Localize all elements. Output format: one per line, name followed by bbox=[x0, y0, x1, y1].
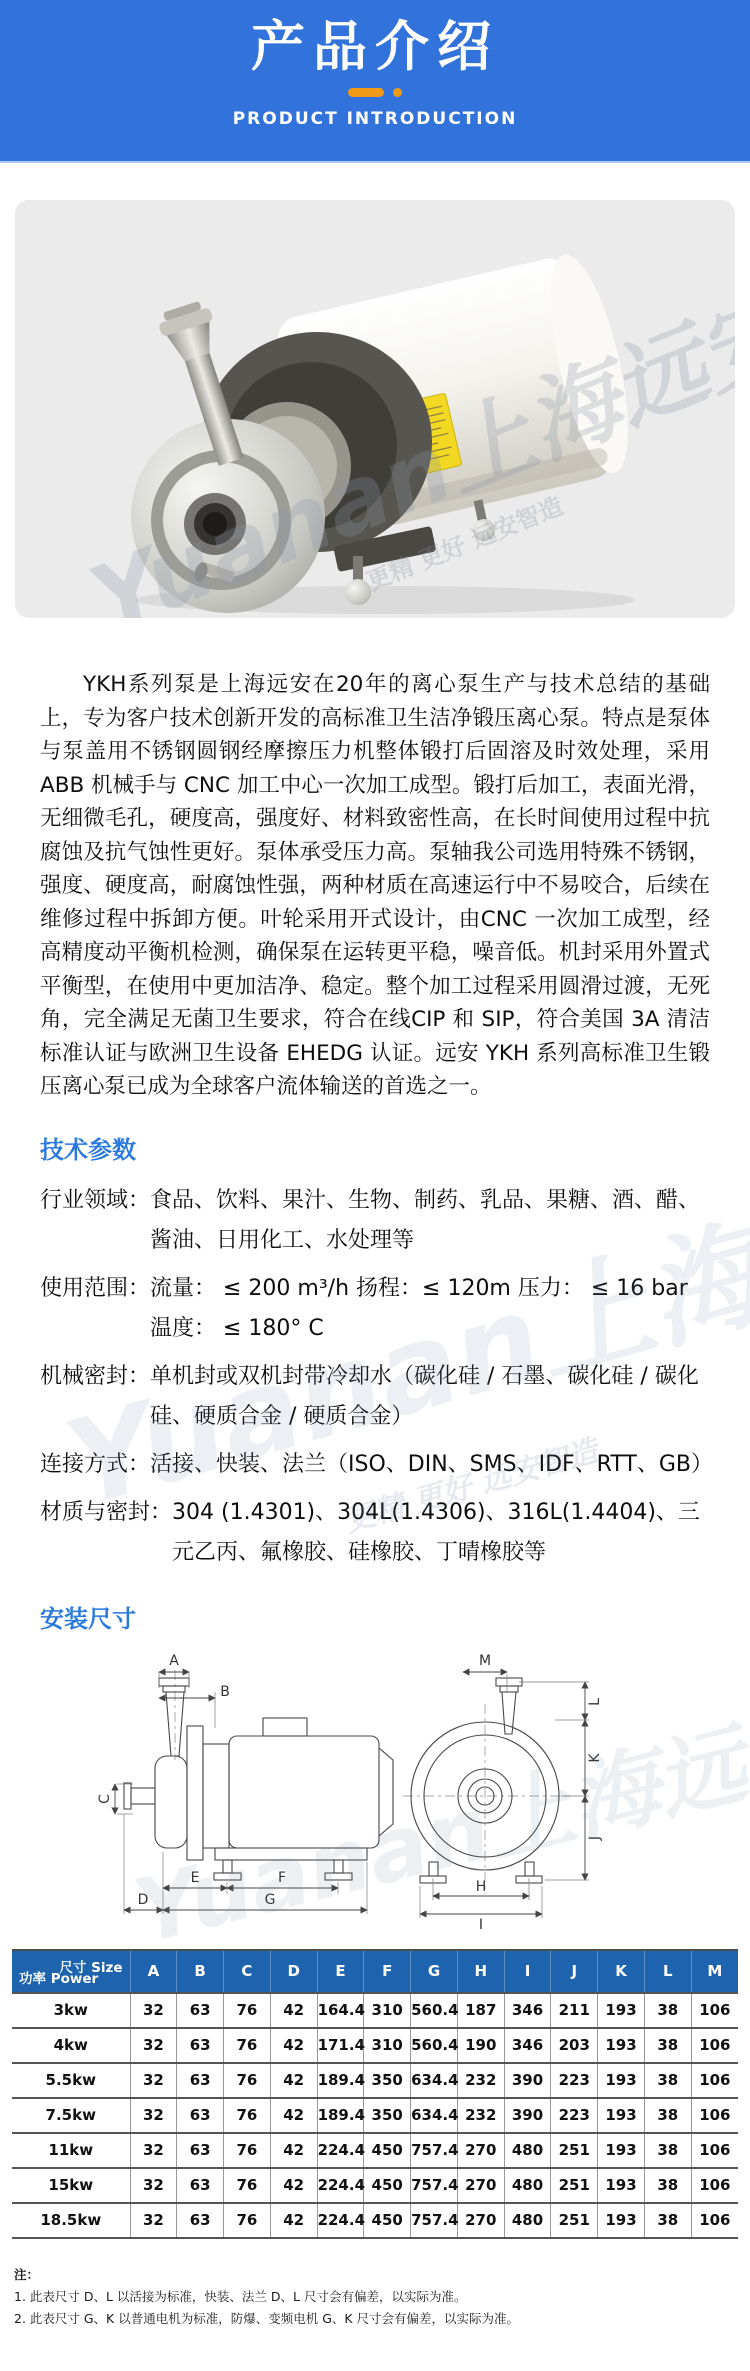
page: 产品介绍 PRODUCT INTRODUCTION bbox=[0, 0, 750, 2371]
dimension-value-cell: 42 bbox=[270, 2028, 317, 2063]
dimension-value-cell: 63 bbox=[177, 2133, 224, 2168]
dimension-value-cell: 76 bbox=[224, 2168, 271, 2203]
dimension-table: 尺寸 Size 功率 Power A B C D E F G H I J K L… bbox=[12, 1949, 738, 2239]
param-label: 使用范围： bbox=[40, 1269, 150, 1349]
dimension-value-cell: 76 bbox=[224, 1993, 271, 2028]
dimension-value-cell: 560.4 bbox=[411, 2028, 458, 2063]
table-row: 4kw32637642171.4310560.41903462031933810… bbox=[12, 2028, 738, 2063]
dimension-value-cell: 164.4 bbox=[317, 1993, 364, 2028]
dimension-value-cell: 193 bbox=[598, 2098, 645, 2133]
dimension-value-cell: 251 bbox=[551, 2168, 598, 2203]
dimension-value-cell: 193 bbox=[598, 2203, 645, 2238]
dimension-value-cell: 32 bbox=[130, 2133, 177, 2168]
dim-label-e: E bbox=[191, 1870, 200, 1886]
dimension-value-cell: 634.4 bbox=[411, 2063, 458, 2098]
table-row: 7.5kw32637642189.4350634.423239022319338… bbox=[12, 2098, 738, 2133]
dim-label-h: H bbox=[476, 1879, 487, 1895]
column-header-g: G bbox=[411, 1950, 458, 1993]
dimension-value-cell: 32 bbox=[130, 2203, 177, 2238]
corner-power-label: 功率 Power bbox=[19, 1967, 98, 1987]
intro-paragraph: YKH系列泵是上海远安在20年的离心泵生产与技术总结的基础上，专为客户技术创新开… bbox=[40, 668, 710, 1104]
dimension-value-cell: 106 bbox=[691, 2098, 738, 2133]
dimension-value-cell: 42 bbox=[270, 2098, 317, 2133]
dimension-value-cell: 42 bbox=[270, 2133, 317, 2168]
dim-label-k: K bbox=[587, 1752, 603, 1762]
dimension-value-cell: 560.4 bbox=[411, 1993, 458, 2028]
dim-label-f: F bbox=[278, 1870, 286, 1886]
dimension-value-cell: 106 bbox=[691, 2063, 738, 2098]
dimension-value-cell: 42 bbox=[270, 2168, 317, 2203]
param-value: 单机封或双机封带冷却水（碳化硅 / 石墨、碳化硅 / 碳化硅、硬质合金 / 硬质… bbox=[150, 1357, 710, 1437]
table-row: 3kw32637642164.4310560.41873462111933810… bbox=[12, 1993, 738, 2028]
dimension-value-cell: 106 bbox=[691, 2203, 738, 2238]
dimension-value-cell: 38 bbox=[644, 2028, 691, 2063]
dimension-value-cell: 63 bbox=[177, 2063, 224, 2098]
dimension-value-cell: 634.4 bbox=[411, 2098, 458, 2133]
dimension-drawing: Yuanan上海远安 bbox=[55, 1648, 695, 1933]
param-row-range: 使用范围： 流量： ≤ 200 m³/h 扬程：≤ 120m 压力： ≤ 16 … bbox=[40, 1269, 710, 1349]
table-header-row: 尺寸 Size 功率 Power A B C D E F G H I J K L… bbox=[12, 1950, 738, 1993]
dimension-value-cell: 193 bbox=[598, 2028, 645, 2063]
dimension-value-cell: 106 bbox=[691, 2028, 738, 2063]
dimension-value-cell: 76 bbox=[224, 2133, 271, 2168]
dimension-value-cell: 38 bbox=[644, 2063, 691, 2098]
param-value: 食品、饮料、果汁、生物、制药、乳品、果糖、酒、醋、酱油、日用化工、水处理等 bbox=[150, 1181, 710, 1261]
power-cell: 5.5kw bbox=[12, 2063, 130, 2098]
install-heading: 安装尺寸 bbox=[40, 1599, 710, 1634]
dimension-value-cell: 63 bbox=[177, 2028, 224, 2063]
dimension-value-cell: 350 bbox=[364, 2098, 411, 2133]
dimension-value-cell: 223 bbox=[551, 2063, 598, 2098]
divider-dot-icon bbox=[393, 88, 402, 97]
title-divider bbox=[0, 86, 750, 98]
dimension-value-cell: 32 bbox=[130, 1993, 177, 2028]
dimension-value-cell: 757.4 bbox=[411, 2203, 458, 2238]
column-header-h: H bbox=[457, 1950, 504, 1993]
note-item: 1. 此表尺寸 D、L 以活接为标准，快装、法兰 D、L 尺寸会有偏差，以实际为… bbox=[14, 2286, 736, 2309]
dimension-value-cell: 38 bbox=[644, 1993, 691, 2028]
column-header-l: L bbox=[644, 1950, 691, 1993]
dimension-value-cell: 450 bbox=[364, 2168, 411, 2203]
dimension-value-cell: 390 bbox=[504, 2098, 551, 2133]
power-cell: 7.5kw bbox=[12, 2098, 130, 2133]
dimension-value-cell: 310 bbox=[364, 1993, 411, 2028]
dimension-value-cell: 224.4 bbox=[317, 2168, 364, 2203]
dimension-value-cell: 38 bbox=[644, 2133, 691, 2168]
column-header-c: C bbox=[224, 1950, 271, 1993]
table-row: 15kw32637642224.4450757.4270480251193381… bbox=[12, 2168, 738, 2203]
page-subtitle: PRODUCT INTRODUCTION bbox=[0, 109, 750, 129]
dimension-value-cell: 106 bbox=[691, 1993, 738, 2028]
param-label: 行业领域： bbox=[40, 1181, 150, 1261]
notes: 注： 1. 此表尺寸 D、L 以活接为标准，快装、法兰 D、L 尺寸会有偏差，以… bbox=[14, 2265, 736, 2331]
dimension-value-cell: 38 bbox=[644, 2168, 691, 2203]
column-header-a: A bbox=[130, 1950, 177, 1993]
dimension-value-cell: 190 bbox=[457, 2028, 504, 2063]
dimension-table-body: 3kw32637642164.4310560.41873462111933810… bbox=[12, 1993, 738, 2238]
param-value: 活接、快装、法兰（ISO、DIN、SMS、IDF、RTT、GB） bbox=[150, 1445, 710, 1485]
dimension-value-cell: 232 bbox=[457, 2063, 504, 2098]
param-row-material: 材质与密封： 304 (1.4301)、304L(1.4306)、316L(1.… bbox=[40, 1493, 710, 1573]
dimension-value-cell: 171.4 bbox=[317, 2028, 364, 2063]
dimension-value-cell: 189.4 bbox=[317, 2098, 364, 2133]
dimension-value-cell: 251 bbox=[551, 2133, 598, 2168]
tech-params-heading: 技术参数 bbox=[40, 1130, 710, 1165]
dimension-value-cell: 76 bbox=[224, 2028, 271, 2063]
column-header-j: J bbox=[551, 1950, 598, 1993]
dim-label-g: G bbox=[265, 1892, 276, 1908]
dimension-value-cell: 63 bbox=[177, 2098, 224, 2133]
dimension-value-cell: 757.4 bbox=[411, 2133, 458, 2168]
dimension-value-cell: 42 bbox=[270, 1993, 317, 2028]
power-cell: 4kw bbox=[12, 2028, 130, 2063]
tech-params-list: Yuanan上海远安 更精 更好 远安智造 行业领域： 食品、饮料、果汁、生物、… bbox=[40, 1181, 710, 1573]
dimension-value-cell: 224.4 bbox=[317, 2133, 364, 2168]
param-row-industry: 行业领域： 食品、饮料、果汁、生物、制药、乳品、果糖、酒、醋、酱油、日用化工、水… bbox=[40, 1181, 710, 1261]
note-item: 2. 此表尺寸 G、K 以普通电机为标准，防爆、变频电机 G、K 尺寸会有偏差，… bbox=[14, 2308, 736, 2331]
dimension-value-cell: 310 bbox=[364, 2028, 411, 2063]
dimension-value-cell: 251 bbox=[551, 2203, 598, 2238]
dim-label-i: I bbox=[479, 1917, 483, 1933]
column-header-b: B bbox=[177, 1950, 224, 1993]
column-header-e: E bbox=[317, 1950, 364, 1993]
dimension-value-cell: 189.4 bbox=[317, 2063, 364, 2098]
product-photo-card: Yuanan上海远安 更精 更好 远安智造 bbox=[15, 200, 735, 618]
dimension-value-cell: 76 bbox=[224, 2063, 271, 2098]
dimension-value-cell: 32 bbox=[130, 2098, 177, 2133]
product-photo: Yuanan上海远安 更精 更好 远安智造 bbox=[15, 200, 735, 618]
dimension-value-cell: 270 bbox=[457, 2203, 504, 2238]
dimension-value-cell: 450 bbox=[364, 2203, 411, 2238]
table-row: 5.5kw32637642189.4350634.423239022319338… bbox=[12, 2063, 738, 2098]
dim-label-m: M bbox=[479, 1653, 491, 1669]
dimension-value-cell: 76 bbox=[224, 2203, 271, 2238]
dimension-value-cell: 223 bbox=[551, 2098, 598, 2133]
dimension-value-cell: 270 bbox=[457, 2133, 504, 2168]
dimension-value-cell: 38 bbox=[644, 2203, 691, 2238]
power-cell: 3kw bbox=[12, 1993, 130, 2028]
dimension-value-cell: 32 bbox=[130, 2063, 177, 2098]
page-title: 产品介绍 bbox=[0, 8, 750, 86]
column-header-f: F bbox=[364, 1950, 411, 1993]
dimension-value-cell: 63 bbox=[177, 2203, 224, 2238]
dimension-value-cell: 187 bbox=[457, 1993, 504, 2028]
column-header-d: D bbox=[270, 1950, 317, 1993]
pump-side-view bbox=[124, 1678, 393, 1880]
dimension-value-cell: 232 bbox=[457, 2098, 504, 2133]
dimension-value-cell: 480 bbox=[504, 2168, 551, 2203]
param-label: 材质与密封： bbox=[40, 1493, 172, 1573]
dimension-value-cell: 390 bbox=[504, 2063, 551, 2098]
divider-dash-icon bbox=[348, 88, 384, 97]
column-header-i: I bbox=[504, 1950, 551, 1993]
param-label: 机械密封： bbox=[40, 1357, 150, 1437]
dim-label-c: C bbox=[97, 1793, 113, 1803]
power-cell: 15kw bbox=[12, 2168, 130, 2203]
notes-title: 注： bbox=[14, 2265, 736, 2283]
dimension-value-cell: 346 bbox=[504, 1993, 551, 2028]
dimension-value-cell: 270 bbox=[457, 2168, 504, 2203]
dimension-value-cell: 63 bbox=[177, 1993, 224, 2028]
dimension-value-cell: 203 bbox=[551, 2028, 598, 2063]
dimension-value-cell: 42 bbox=[270, 2203, 317, 2238]
param-label: 连接方式： bbox=[40, 1445, 150, 1485]
dimension-value-cell: 350 bbox=[364, 2063, 411, 2098]
dimension-value-cell: 480 bbox=[504, 2133, 551, 2168]
column-header-m: M bbox=[691, 1950, 738, 1993]
power-cell: 11kw bbox=[12, 2133, 130, 2168]
power-cell: 18.5kw bbox=[12, 2203, 130, 2238]
dimension-value-cell: 193 bbox=[598, 2133, 645, 2168]
dim-label-a: A bbox=[169, 1653, 179, 1669]
dimension-value-cell: 106 bbox=[691, 2133, 738, 2168]
dimension-value-cell: 32 bbox=[130, 2028, 177, 2063]
dimension-value-cell: 63 bbox=[177, 2168, 224, 2203]
dimension-value-cell: 480 bbox=[504, 2203, 551, 2238]
dimension-value-cell: 346 bbox=[504, 2028, 551, 2063]
dimension-value-cell: 106 bbox=[691, 2168, 738, 2203]
dimension-value-cell: 76 bbox=[224, 2098, 271, 2133]
table-corner-cell: 尺寸 Size 功率 Power bbox=[12, 1950, 130, 1993]
dimension-value-cell: 757.4 bbox=[411, 2168, 458, 2203]
dimension-value-cell: 211 bbox=[551, 1993, 598, 2028]
hero-banner: 产品介绍 PRODUCT INTRODUCTION bbox=[0, 0, 750, 163]
dimension-value-cell: 450 bbox=[364, 2133, 411, 2168]
dim-label-l: L bbox=[587, 1697, 603, 1705]
param-row-seal: 机械密封： 单机封或双机封带冷却水（碳化硅 / 石墨、碳化硅 / 碳化硅、硬质合… bbox=[40, 1357, 710, 1437]
column-header-k: K bbox=[598, 1950, 645, 1993]
param-value: 流量： ≤ 200 m³/h 扬程：≤ 120m 压力： ≤ 16 bar 温度… bbox=[150, 1269, 710, 1349]
dimension-value-cell: 224.4 bbox=[317, 2203, 364, 2238]
dimension-value-cell: 32 bbox=[130, 2168, 177, 2203]
param-value: 304 (1.4301)、304L(1.4306)、316L(1.4404)、三… bbox=[172, 1493, 710, 1573]
dimension-drawing-svg: A B C D E F G M L K J H I bbox=[55, 1648, 695, 1933]
dimension-value-cell: 193 bbox=[598, 2063, 645, 2098]
dimension-value-cell: 38 bbox=[644, 2098, 691, 2133]
dimension-value-cell: 193 bbox=[598, 1993, 645, 2028]
dimension-value-cell: 42 bbox=[270, 2063, 317, 2098]
table-row: 11kw32637642224.4450757.4270480251193381… bbox=[12, 2133, 738, 2168]
param-row-connection: 连接方式： 活接、快装、法兰（ISO、DIN、SMS、IDF、RTT、GB） bbox=[40, 1445, 710, 1485]
table-row: 18.5kw32637642224.4450757.42704802511933… bbox=[12, 2203, 738, 2238]
dimension-value-cell: 193 bbox=[598, 2168, 645, 2203]
dim-label-d: D bbox=[138, 1892, 149, 1908]
dim-label-j: J bbox=[587, 1835, 603, 1840]
dim-label-b: B bbox=[220, 1684, 230, 1700]
